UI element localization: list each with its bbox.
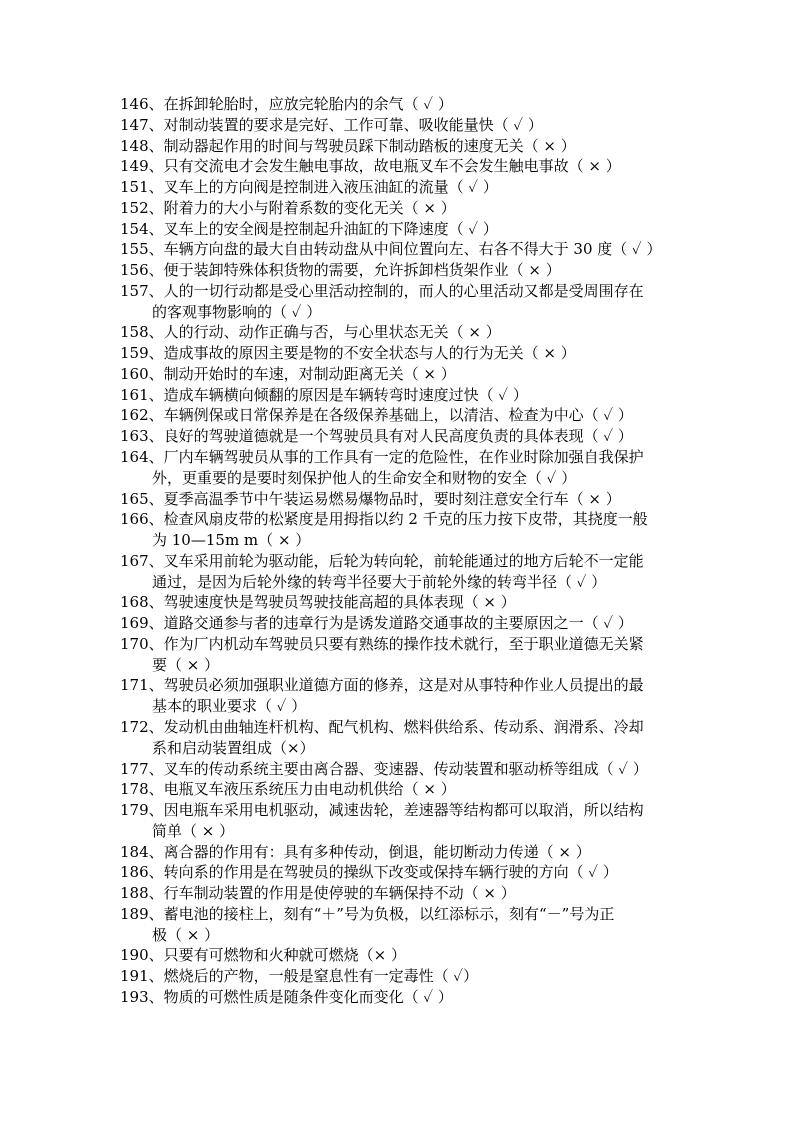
closing-paren: ） [496, 884, 516, 902]
closing-paren: ） [508, 386, 528, 404]
closing-paren: ） [496, 593, 516, 611]
closing-paren: ） [478, 178, 498, 196]
question-text: 厂内车辆驾驶员从事的工作具有一定的危险性，在作业时除加强自我保护 [164, 448, 644, 466]
closing-paren: ） [433, 95, 453, 113]
closing-paren: ） [601, 490, 621, 508]
closing-paren: ） [286, 697, 306, 715]
document-page: 146、在拆卸轮胎时，应放完轮胎内的余气（ ✓ ）147、对制动装置的要求是完好… [120, 94, 680, 1008]
question-number: 190、 [120, 946, 164, 964]
question-text: 因电瓶车采用电机驱动，减速齿轮，差速器等结构都可以取消，所以结构 [164, 801, 644, 819]
closing-paren: ） [601, 157, 621, 175]
question-text: 只有交流电才会发生触电事故，故电瓶叉车不会发生触电事故（ [164, 157, 589, 175]
question-number: 152、 [120, 199, 164, 217]
closing-paren: ） [436, 199, 456, 217]
closing-paren: ） [613, 614, 633, 632]
cross-mark-icon: × [374, 946, 387, 964]
question-text: 叉车的传动系统主要由离合器、变速器、传动装置和驱动桥等组成（ [164, 760, 619, 778]
question-text: 离合器的作用有：具有多种传动，倒退，能切断动力传递（ [164, 843, 559, 861]
question-text: 驾驶员必须加强职业道德方面的修养，这是对从事特种作业人员提出的最 [164, 676, 644, 694]
closing-paren: ） [628, 760, 648, 778]
question-text: 要（ [152, 656, 187, 674]
question-item: 163、良好的驾驶道德就是一个驾驶员具有对人民高度负责的具体表现（ ✓ ） [120, 426, 680, 447]
question-number: 157、 [120, 282, 164, 300]
question-text: 对制动装置的要求是完好、工作可靠、吸收能量快（ [164, 116, 514, 134]
cross-mark-icon: × [558, 843, 571, 861]
question-item: 188、行车制动装置的作用是使停驶的车辆保持不动（ × ） [120, 883, 680, 904]
question-item: 162、车辆例保或日常保养是在各级保养基础上，以清洁、检查为中心（ ✓ ） [120, 405, 680, 426]
question-number: 162、 [120, 406, 164, 424]
question-text: 极（ [152, 926, 187, 944]
closing-paren: ） [613, 406, 633, 424]
question-item: 161、造成车辆横向倾翻的原因是车辆转弯时速度过快（ ✓ ） [120, 385, 680, 406]
question-number: 158、 [120, 323, 164, 341]
cross-mark-icon: × [187, 926, 200, 944]
cross-mark-icon: × [528, 261, 541, 279]
question-item: 184、离合器的作用有：具有多种传动，倒退，能切断动力传递（ × ） [120, 842, 680, 863]
question-text: 通过，是因为后轮外缘的转弯半径要大于前轮外缘的转弯半径（ [152, 573, 577, 591]
question-number: 167、 [120, 552, 164, 570]
cross-mark-icon: × [483, 593, 496, 611]
closing-paren: ） [199, 656, 219, 674]
question-text: 人的一切行动都是受心里活动控制的，而人的心里活动又都是受周围存在 [164, 282, 644, 300]
question-text: 基本的职业要求（ [152, 697, 277, 715]
question-number: 149、 [120, 157, 164, 175]
question-number: 170、 [120, 635, 164, 653]
question-item: 147、对制动装置的要求是完好、工作可靠、吸收能量快（ ✓ ） [120, 115, 680, 136]
question-text: 作为厂内机动车驾驶员只要有熟练的操作技术就行，至于职业道德无关紧 [164, 635, 644, 653]
question-number: 193、 [120, 988, 164, 1006]
question-number: 169、 [120, 614, 164, 632]
question-text: 叉车上的安全阀是控制起升油缸的下降速度（ [164, 220, 469, 238]
question-text: 造成事故的原因主要是物的不安全状态与人的行为无关（ [164, 344, 544, 362]
question-number: 189、 [120, 905, 164, 923]
question-text: 外，更重要的是要时刻保护他人的生命安全和财物的安全（ [152, 469, 547, 487]
question-number: 151、 [120, 178, 164, 196]
question-item: 154、叉车上的安全阀是控制起升油缸的下降速度（ ✓ ） [120, 219, 680, 240]
cross-mark-icon: × [543, 137, 556, 155]
cross-mark-icon: × [287, 739, 300, 757]
closing-paren: ） [642, 240, 662, 258]
question-text: 良好的驾驶道德就是一个驾驶员具有对人民高度负责的具体表现（ [164, 427, 604, 445]
closing-paren: ） [556, 469, 576, 487]
question-text: 的客观事物影响的（ [152, 303, 292, 321]
question-number: 171、 [120, 676, 164, 694]
question-item: 155、车辆方向盘的最大自由转动盘从中间位置向左、右各不得大于 30 度（ ✓ … [120, 239, 680, 260]
question-text: 造成车辆横向倾翻的原因是车辆转弯时速度过快（ [164, 386, 499, 404]
question-item: 152、附着力的大小与附着系数的变化无关（ × ） [120, 198, 680, 219]
question-item-continuation: 的客观事物影响的（ ✓ ） [120, 302, 680, 323]
check-mark-icon: ✓ [468, 220, 478, 238]
question-number: 188、 [120, 884, 164, 902]
closing-paren: ） [300, 739, 315, 757]
question-number: 154、 [120, 220, 164, 238]
closing-paren: ） [523, 116, 543, 134]
question-item: 186、转向系的作用是在驾驶员的操纵下改变或保持车辆行驶的方向（ ✓ ） [120, 862, 680, 883]
question-text: 电瓶叉车液压系统压力由电动机供给（ [164, 780, 424, 798]
question-text: 物质的可燃性质是随条件变化而变化（ [164, 988, 424, 1006]
question-item-continuation: 外，更重要的是要时刻保护他人的生命安全和财物的安全（ ✓ ） [120, 468, 680, 489]
question-item: 169、道路交通参与者的违章行为是诱发道路交通事故的主要原因之一（ ✓ ） [120, 613, 680, 634]
question-item-continuation: 通过，是因为后轮外缘的转弯半径要大于前轮外缘的转弯半径（ ✓ ） [120, 572, 680, 593]
question-text: 叉车上的方向阀是控制进入液压油缸的流量（ [164, 178, 469, 196]
check-mark-icon: ✓ [632, 240, 642, 258]
question-text: 只要有可燃物和火种就可燃烧（ [164, 946, 374, 964]
question-item: 172、发动机由曲轴连杆机构、配气机构、燃料供给系、传动系、润滑系、冷却 [120, 717, 680, 738]
question-text: 转向系的作用是在驾驶员的操纵下改变或保持车辆行驶的方向（ [164, 863, 589, 881]
cross-mark-icon: × [202, 822, 215, 840]
question-text: 制动器起作用的时间与驾驶员踩下制动踏板的速度无关（ [164, 137, 544, 155]
check-mark-icon: ✓ [468, 178, 478, 196]
cross-mark-icon: × [423, 199, 436, 217]
closing-paren: ） [436, 365, 456, 383]
question-item: 166、检查风扇皮带的松紧度是用拇指以约 2 千克的压力按下皮带，其挠度一般 [120, 509, 680, 530]
closing-paren: ） [571, 843, 591, 861]
question-text: 检查风扇皮带的松紧度是用拇指以约 2 千克的压力按下皮带，其挠度一般 [164, 510, 648, 528]
question-item: 165、夏季高温季节中午装运易燃易爆物品时，要时刻注意安全行车（ × ） [120, 489, 680, 510]
question-item-continuation: 基本的职业要求（ ✓ ） [120, 696, 680, 717]
closing-paren: ） [598, 863, 618, 881]
closing-paren: ） [291, 531, 311, 549]
question-item: 167、叉车采用前轮为驱动能，后轮为转向轮，前轮能通过的地方后轮不一定能 [120, 551, 680, 572]
question-number: 156、 [120, 261, 164, 279]
question-item: 158、人的行动、动作正确与否，与心里状态无关（ × ） [120, 322, 680, 343]
cross-mark-icon: × [468, 323, 481, 341]
question-item-continuation: 为 10—15m m（ × ） [120, 530, 680, 551]
question-number: 191、 [120, 967, 164, 985]
question-number: 160、 [120, 365, 164, 383]
question-item: 191、燃烧后的产物，一般是窒息性有一定毒性（ ✓） [120, 966, 680, 987]
question-number: 165、 [120, 490, 164, 508]
check-mark-icon: ✓ [603, 427, 613, 445]
question-text: 简单（ [152, 822, 202, 840]
closing-paren: ） [556, 344, 576, 362]
question-text: 蓄电池的接柱上，刻有“＋”号为负极，以红添标示，刻有“－”号为正 [164, 905, 615, 923]
question-number: 159、 [120, 344, 164, 362]
question-item: 190、只要有可燃物和火种就可燃烧（× ） [120, 945, 680, 966]
question-item: 189、蓄电池的接柱上，刻有“＋”号为负极，以红添标示，刻有“－”号为正 [120, 904, 680, 925]
question-text: 叉车采用前轮为驱动能，后轮为转向轮，前轮能通过的地方后轮不一定能 [164, 552, 644, 570]
question-text: 车辆方向盘的最大自由转动盘从中间位置向左、右各不得大于 30 度（ [164, 240, 632, 258]
question-text: 便于装卸特殊体积货物的需要，允许拆卸档货架作业（ [164, 261, 529, 279]
question-text: 在拆卸轮胎时，应放完轮胎内的余气（ [164, 95, 424, 113]
question-item-continuation: 要（ × ） [120, 655, 680, 676]
question-item: 148、制动器起作用的时间与驾驶员踩下制动踏板的速度无关（ × ） [120, 136, 680, 157]
question-number: 172、 [120, 718, 164, 736]
closing-paren: ） [586, 573, 606, 591]
question-number: 179、 [120, 801, 164, 819]
cross-mark-icon: × [588, 157, 601, 175]
question-number: 168、 [120, 593, 164, 611]
closing-paren: ） [541, 261, 561, 279]
check-mark-icon: ✓ [513, 116, 523, 134]
question-item: 157、人的一切行动都是受心里活动控制的，而人的心里活动又都是受周围存在 [120, 281, 680, 302]
question-item: 156、便于装卸特殊体积货物的需要，允许拆卸档货架作业（ × ） [120, 260, 680, 281]
cross-mark-icon: × [423, 780, 436, 798]
closing-paren: ） [481, 323, 501, 341]
question-item: 177、叉车的传动系统主要由离合器、变速器、传动装置和驱动桥等组成（ ✓ ） [120, 759, 680, 780]
question-item: 149、只有交流电才会发生触电事故，故电瓶叉车不会发生触电事故（ × ） [120, 156, 680, 177]
question-text: 系和启动装置组成（ [152, 739, 287, 757]
question-item: 146、在拆卸轮胎时，应放完轮胎内的余气（ ✓ ） [120, 94, 680, 115]
question-number: 155、 [120, 240, 164, 258]
closing-paren: ） [214, 822, 234, 840]
cross-mark-icon: × [483, 884, 496, 902]
check-mark-icon: ✓ [453, 967, 463, 985]
question-item: 170、作为厂内机动车驾驶员只要有熟练的操作技术就行，至于职业道德无关紧 [120, 634, 680, 655]
check-mark-icon: ✓ [618, 760, 628, 778]
check-mark-icon: ✓ [603, 614, 613, 632]
question-item: 178、电瓶叉车液压系统压力由电动机供给（ × ） [120, 779, 680, 800]
closing-paren: ） [613, 427, 633, 445]
question-text: 道路交通参与者的违章行为是诱发道路交通事故的主要原因之一（ [164, 614, 604, 632]
question-item-continuation: 简单（ × ） [120, 821, 680, 842]
question-item-continuation: 极（ × ） [120, 925, 680, 946]
question-item: 159、造成事故的原因主要是物的不安全状态与人的行为无关（ × ） [120, 343, 680, 364]
closing-paren: ） [386, 946, 406, 964]
cross-mark-icon: × [187, 656, 200, 674]
check-mark-icon: ✓ [423, 95, 433, 113]
question-item: 193、物质的可燃性质是随条件变化而变化（ ✓ ） [120, 987, 680, 1008]
question-number: 177、 [120, 760, 164, 778]
question-text: 夏季高温季节中午装运易燃易爆物品时，要时刻注意安全行车（ [164, 490, 589, 508]
cross-mark-icon: × [278, 531, 291, 549]
closing-paren: ） [301, 303, 321, 321]
check-mark-icon: ✓ [588, 863, 598, 881]
question-item-continuation: 系和启动装置组成（×） [120, 738, 680, 759]
question-text: 制动开始时的车速，对制动距离无关（ [164, 365, 424, 383]
question-text: 车辆例保或日常保养是在各级保养基础上，以清洁、检查为中心（ [164, 406, 604, 424]
question-item: 151、叉车上的方向阀是控制进入液压油缸的流量（ ✓ ） [120, 177, 680, 198]
question-text: 为 10—15m m（ [152, 531, 278, 549]
question-text: 人的行动、动作正确与否，与心里状态无关（ [164, 323, 469, 341]
check-mark-icon: ✓ [498, 386, 508, 404]
question-number: 184、 [120, 843, 164, 861]
cross-mark-icon: × [543, 344, 556, 362]
question-text: 发动机由曲轴连杆机构、配气机构、燃料供给系、传动系、润滑系、冷却 [164, 718, 644, 736]
question-number: 166、 [120, 510, 164, 528]
question-number: 186、 [120, 863, 164, 881]
question-item: 168、驾驶速度快是驾驶员驾驶技能高超的具体表现（ × ） [120, 592, 680, 613]
question-number: 146、 [120, 95, 164, 113]
closing-paren: ） [199, 926, 219, 944]
check-mark-icon: ✓ [603, 406, 613, 424]
question-number: 148、 [120, 137, 164, 155]
closing-paren: ） [478, 220, 498, 238]
question-text: 驾驶速度快是驾驶员驾驶技能高超的具体表现（ [164, 593, 484, 611]
question-number: 178、 [120, 780, 164, 798]
question-text: 行车制动装置的作用是使停驶的车辆保持不动（ [164, 884, 484, 902]
question-number: 163、 [120, 427, 164, 445]
check-mark-icon: ✓ [423, 988, 433, 1006]
question-number: 161、 [120, 386, 164, 404]
question-item: 160、制动开始时的车速，对制动距离无关（ × ） [120, 364, 680, 385]
cross-mark-icon: × [423, 365, 436, 383]
question-item: 179、因电瓶车采用电机驱动，减速齿轮，差速器等结构都可以取消，所以结构 [120, 800, 680, 821]
closing-paren: ） [433, 988, 453, 1006]
question-number: 164、 [120, 448, 164, 466]
cross-mark-icon: × [588, 490, 601, 508]
question-text: 燃烧后的产物，一般是窒息性有一定毒性（ [164, 967, 454, 985]
closing-paren: ） [463, 967, 478, 985]
closing-paren: ） [436, 780, 456, 798]
question-text: 附着力的大小与附着系数的变化无关（ [164, 199, 424, 217]
question-item: 171、驾驶员必须加强职业道德方面的修养，这是对从事特种作业人员提出的最 [120, 675, 680, 696]
question-item: 164、厂内车辆驾驶员从事的工作具有一定的危险性，在作业时除加强自我保护 [120, 447, 680, 468]
closing-paren: ） [556, 137, 576, 155]
question-number: 147、 [120, 116, 164, 134]
